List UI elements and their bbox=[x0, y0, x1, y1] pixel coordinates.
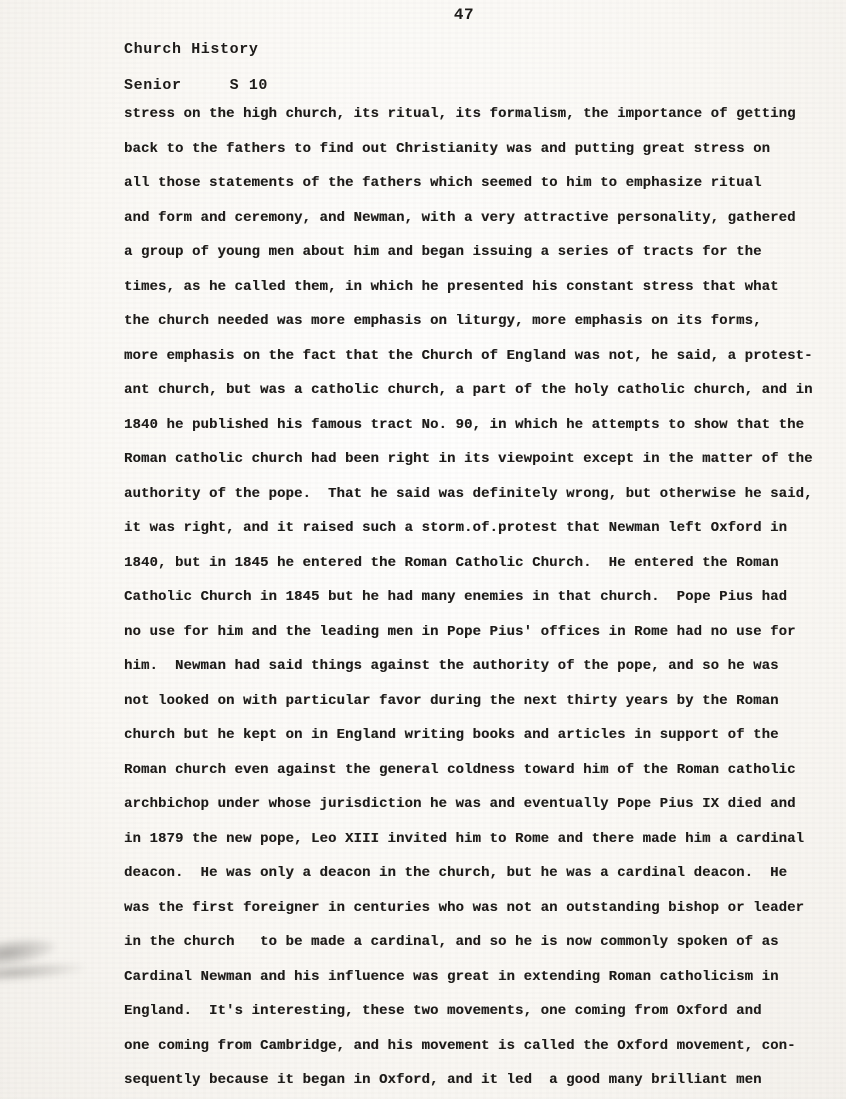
scanned-document-page: 47 Church History Senior S 10 stress on … bbox=[0, 0, 846, 1099]
text-line: a group of young men about him and began… bbox=[124, 235, 824, 270]
text-line: deacon. He was only a deacon in the chur… bbox=[124, 856, 824, 891]
text-line: England. It's interesting, these two mov… bbox=[124, 994, 824, 1029]
text-line: Roman catholic church had been right in … bbox=[124, 442, 824, 477]
text-line: not looked on with particular favor duri… bbox=[124, 684, 824, 719]
text-line: sequently because it began in Oxford, an… bbox=[124, 1063, 824, 1098]
text-line: it was right, and it raised such a storm… bbox=[124, 511, 824, 546]
text-line: church but he kept on in England writing… bbox=[124, 718, 824, 753]
text-line: 1840, but in 1845 he entered the Roman C… bbox=[124, 546, 824, 581]
text-line: archbichop under whose jurisdiction he w… bbox=[124, 787, 824, 822]
text-line: authority of the pope. That he said was … bbox=[124, 477, 824, 512]
typewritten-body: stress on the high church, its ritual, i… bbox=[124, 97, 824, 1098]
text-line: no use for him and the leading men in Po… bbox=[124, 615, 824, 650]
text-line: him. Newman had said things against the … bbox=[124, 649, 824, 684]
text-line: Cardinal Newman and his influence was gr… bbox=[124, 960, 824, 995]
text-line: was the first foreigner in centuries who… bbox=[124, 891, 824, 926]
text-line: in the church to be made a cardinal, and… bbox=[124, 925, 824, 960]
text-line: back to the fathers to find out Christia… bbox=[124, 132, 824, 167]
text-line: ant church, but was a catholic church, a… bbox=[124, 373, 824, 408]
text-line: Catholic Church in 1845 but he had many … bbox=[124, 580, 824, 615]
text-line: all those statements of the fathers whic… bbox=[124, 166, 824, 201]
course-title: Church History bbox=[124, 38, 268, 74]
text-line: and form and ceremony, and Newman, with … bbox=[124, 201, 824, 236]
page-number: 47 bbox=[440, 6, 488, 24]
text-line: the church needed was more emphasis on l… bbox=[124, 304, 824, 339]
text-line: one coming from Cambridge, and his movem… bbox=[124, 1029, 824, 1064]
text-line: in 1879 the new pope, Leo XIII invited h… bbox=[124, 822, 824, 857]
text-line: times, as he called them, in which he pr… bbox=[124, 270, 824, 305]
text-line: stress on the high church, its ritual, i… bbox=[124, 97, 824, 132]
text-line: more emphasis on the fact that the Churc… bbox=[124, 339, 824, 374]
text-line: Roman church even against the general co… bbox=[124, 753, 824, 788]
text-line: 1840 he published his famous tract No. 9… bbox=[124, 408, 824, 443]
